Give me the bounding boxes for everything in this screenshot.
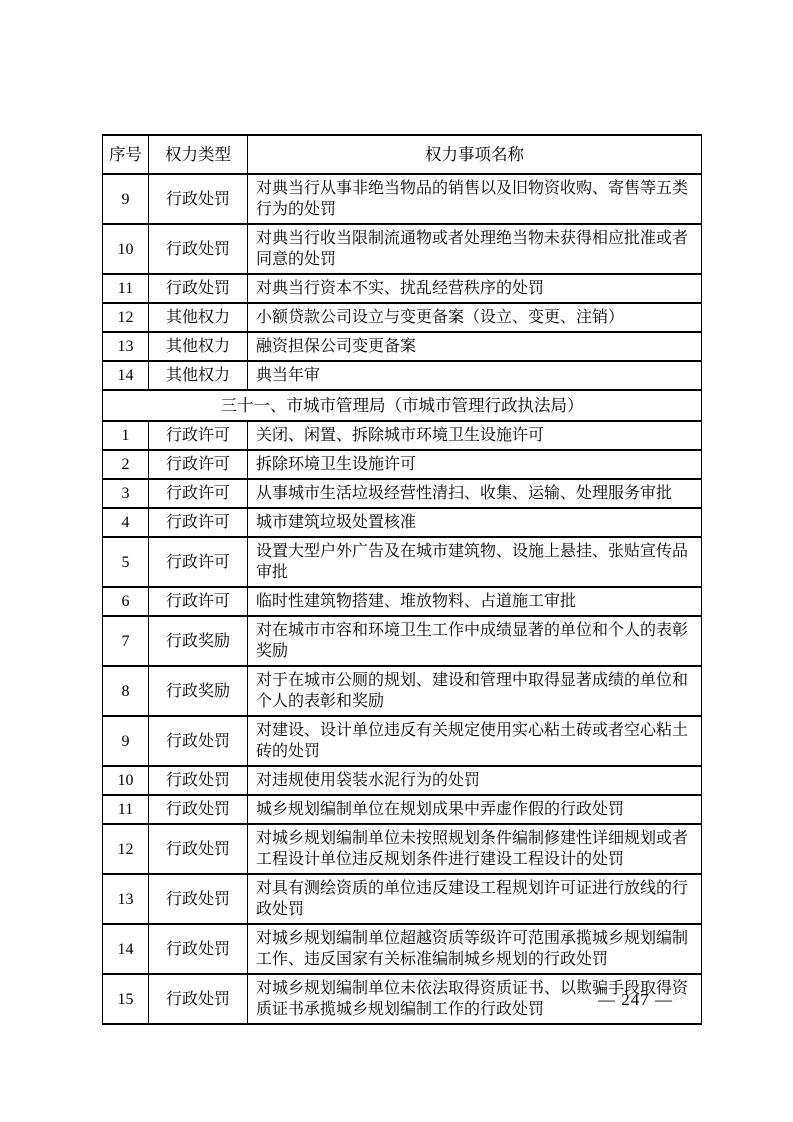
row-number-cell: 6 [103,587,149,616]
table-row: 8 行政奖励 对于在城市公厕的规划、建设和管理中取得显著成绩的单位和个人的表彰和… [103,666,702,716]
power-type-cell: 行政处罚 [149,974,248,1024]
power-type-cell: 行政处罚 [149,716,248,766]
power-type-cell: 行政处罚 [149,795,248,824]
table-row: 11 行政处罚 对典当行资本不实、扰乱经营秩序的处罚 [103,274,702,303]
power-type-cell: 行政处罚 [149,924,248,974]
row-number-cell: 12 [103,824,149,874]
table-row: 9 行政处罚 对建设、设计单位违反有关规定使用实心粘土砖或者空心粘土砖的处罚 [103,716,702,766]
table-row: 10 行政处罚 对典当行收当限制流通物或者处理绝当物未获得相应批准或者同意的处罚 [103,224,702,274]
table-row: 9 行政处罚 对典当行从事非绝当物品的销售以及旧物资收购、寄售等五类行为的处罚 [103,174,702,224]
row-number-cell: 3 [103,479,149,508]
row-number-cell: 13 [103,874,149,924]
power-type-cell: 行政奖励 [149,616,248,666]
power-name-cell: 对典当行收当限制流通物或者处理绝当物未获得相应批准或者同意的处罚 [248,224,702,274]
power-name-cell: 对典当行从事非绝当物品的销售以及旧物资收购、寄售等五类行为的处罚 [248,174,702,224]
power-items-table: 序号 权力类型 权力事项名称 9 行政处罚 对典当行从事非绝当物品的销售以及旧物… [102,134,702,1025]
row-number-cell: 14 [103,361,149,390]
power-name-cell: 城市建筑垃圾处置核准 [248,508,702,537]
power-type-cell: 行政处罚 [149,274,248,303]
power-name-cell: 小额贷款公司设立与变更备案（设立、变更、注销） [248,303,702,332]
power-type-cell: 行政许可 [149,537,248,587]
row-number-cell: 11 [103,274,149,303]
power-type-cell: 行政处罚 [149,824,248,874]
power-type-cell: 行政许可 [149,450,248,479]
power-name-cell: 城乡规划编制单位在规划成果中弄虚作假的行政处罚 [248,795,702,824]
power-name-cell: 从事城市生活垃圾经营性清扫、收集、运输、处理服务审批 [248,479,702,508]
power-type-cell: 行政处罚 [149,766,248,795]
table-header-row: 序号 权力类型 权力事项名称 [103,135,702,174]
header-cell-power-type: 权力类型 [149,135,248,174]
table-row: 7 行政奖励 对在城市市容和环境卫生工作中成绩显著的单位和个人的表彰奖励 [103,616,702,666]
row-number-cell: 1 [103,421,149,450]
power-type-cell: 行政许可 [149,508,248,537]
table-row: 6 行政许可 临时性建筑物搭建、堆放物料、占道施工审批 [103,587,702,616]
power-name-cell: 融资担保公司变更备案 [248,332,702,361]
header-cell-power-name: 权力事项名称 [248,135,702,174]
document-page: 序号 权力类型 权力事项名称 9 行政处罚 对典当行从事非绝当物品的销售以及旧物… [0,0,793,1122]
power-type-cell: 其他权力 [149,332,248,361]
power-name-cell: 对违规使用袋装水泥行为的处罚 [248,766,702,795]
row-number-cell: 10 [103,766,149,795]
table-row: 10 行政处罚 对违规使用袋装水泥行为的处罚 [103,766,702,795]
power-name-cell: 对于在城市公厕的规划、建设和管理中取得显著成绩的单位和个人的表彰和奖励 [248,666,702,716]
power-name-cell: 对在城市市容和环境卫生工作中成绩显著的单位和个人的表彰奖励 [248,616,702,666]
row-number-cell: 9 [103,174,149,224]
section-title: 三十一、市城市管理局（市城市管理行政执法局） [103,390,702,421]
power-name-cell: 对建设、设计单位违反有关规定使用实心粘土砖或者空心粘土砖的处罚 [248,716,702,766]
power-type-cell: 行政许可 [149,587,248,616]
row-number-cell: 11 [103,795,149,824]
power-name-cell: 对具有测绘资质的单位违反建设工程规划许可证进行放线的行政处罚 [248,874,702,924]
power-name-cell: 对城乡规划编制单位超越资质等级许可范围承揽城乡规划编制工作、违反国家有关标准编制… [248,924,702,974]
power-name-cell: 临时性建筑物搭建、堆放物料、占道施工审批 [248,587,702,616]
row-number-cell: 13 [103,332,149,361]
power-type-cell: 行政处罚 [149,174,248,224]
table-row: 14 其他权力 典当年审 [103,361,702,390]
table-row: 2 行政许可 拆除环境卫生设施许可 [103,450,702,479]
section-header-row: 三十一、市城市管理局（市城市管理行政执法局） [103,390,702,421]
table-row: 11 行政处罚 城乡规划编制单位在规划成果中弄虚作假的行政处罚 [103,795,702,824]
table-row: 13 其他权力 融资担保公司变更备案 [103,332,702,361]
table-row: 5 行政许可 设置大型户外广告及在城市建筑物、设施上悬挂、张贴宣传品审批 [103,537,702,587]
row-number-cell: 8 [103,666,149,716]
power-name-cell: 对典当行资本不实、扰乱经营秩序的处罚 [248,274,702,303]
power-name-cell: 典当年审 [248,361,702,390]
header-cell-number: 序号 [103,135,149,174]
table-row: 13 行政处罚 对具有测绘资质的单位违反建设工程规划许可证进行放线的行政处罚 [103,874,702,924]
power-type-cell: 行政许可 [149,421,248,450]
table-row: 12 其他权力 小额贷款公司设立与变更备案（设立、变更、注销） [103,303,702,332]
row-number-cell: 9 [103,716,149,766]
power-type-cell: 行政许可 [149,479,248,508]
power-name-cell: 拆除环境卫生设施许可 [248,450,702,479]
power-type-cell: 行政处罚 [149,874,248,924]
table-row: 3 行政许可 从事城市生活垃圾经营性清扫、收集、运输、处理服务审批 [103,479,702,508]
page-number: — 247 — [598,990,673,1010]
table-row: 4 行政许可 城市建筑垃圾处置核准 [103,508,702,537]
power-type-cell: 其他权力 [149,303,248,332]
row-number-cell: 10 [103,224,149,274]
row-number-cell: 2 [103,450,149,479]
row-number-cell: 7 [103,616,149,666]
row-number-cell: 15 [103,974,149,1024]
row-number-cell: 5 [103,537,149,587]
row-number-cell: 14 [103,924,149,974]
power-name-cell: 对城乡规划编制单位未按照规划条件编制修建性详细规划或者工程设计单位违反规划条件进… [248,824,702,874]
power-type-cell: 行政处罚 [149,224,248,274]
power-name-cell: 设置大型户外广告及在城市建筑物、设施上悬挂、张贴宣传品审批 [248,537,702,587]
table-row: 14 行政处罚 对城乡规划编制单位超越资质等级许可范围承揽城乡规划编制工作、违反… [103,924,702,974]
power-type-cell: 其他权力 [149,361,248,390]
table-row: 12 行政处罚 对城乡规划编制单位未按照规划条件编制修建性详细规划或者工程设计单… [103,824,702,874]
power-name-cell: 关闭、闲置、拆除城市环境卫生设施许可 [248,421,702,450]
row-number-cell: 12 [103,303,149,332]
power-type-cell: 行政奖励 [149,666,248,716]
table-row: 1 行政许可 关闭、闲置、拆除城市环境卫生设施许可 [103,421,702,450]
row-number-cell: 4 [103,508,149,537]
